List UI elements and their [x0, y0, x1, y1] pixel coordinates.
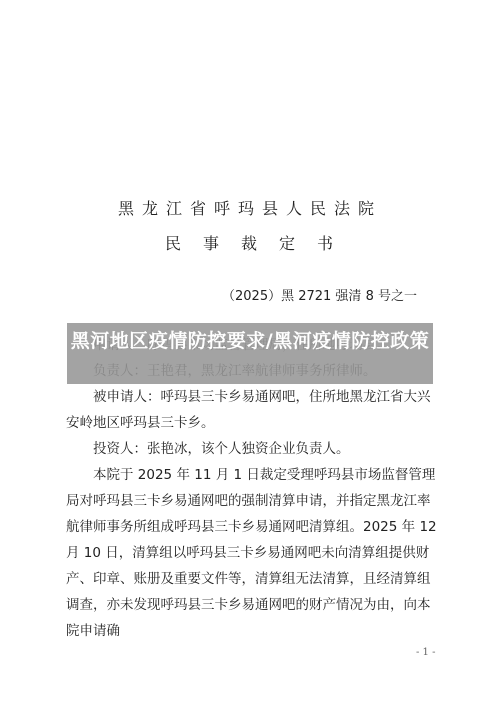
document-type: 民事裁定书: [0, 231, 500, 254]
page-number: - 1 -: [416, 647, 435, 658]
paragraph-case-history: 本院于 2025 年 11 月 1 日裁定受理呼玛县市场监督管理局对呼玛县三卡乡…: [66, 462, 442, 644]
title-overlay-banner: 黑河地区疫情防控要求/黑河疫情防控政策: [67, 323, 433, 384]
paragraph-investor: 投资人：张艳冰，该个人独资企业负责人。: [66, 436, 442, 462]
case-number: （2025）黑 2721 强清 8 号之一: [222, 285, 417, 304]
court-name: 黑龙江省呼玛县人民法院: [0, 196, 500, 219]
paragraph-respondent: 被申请人：呼玛县三卡乡易通网吧，住所地黑龙江省大兴安岭地区呼玛县三卡乡。: [66, 384, 442, 436]
overlay-title: 黑河地区疫情防控要求/黑河疫情防控政策: [67, 323, 433, 354]
